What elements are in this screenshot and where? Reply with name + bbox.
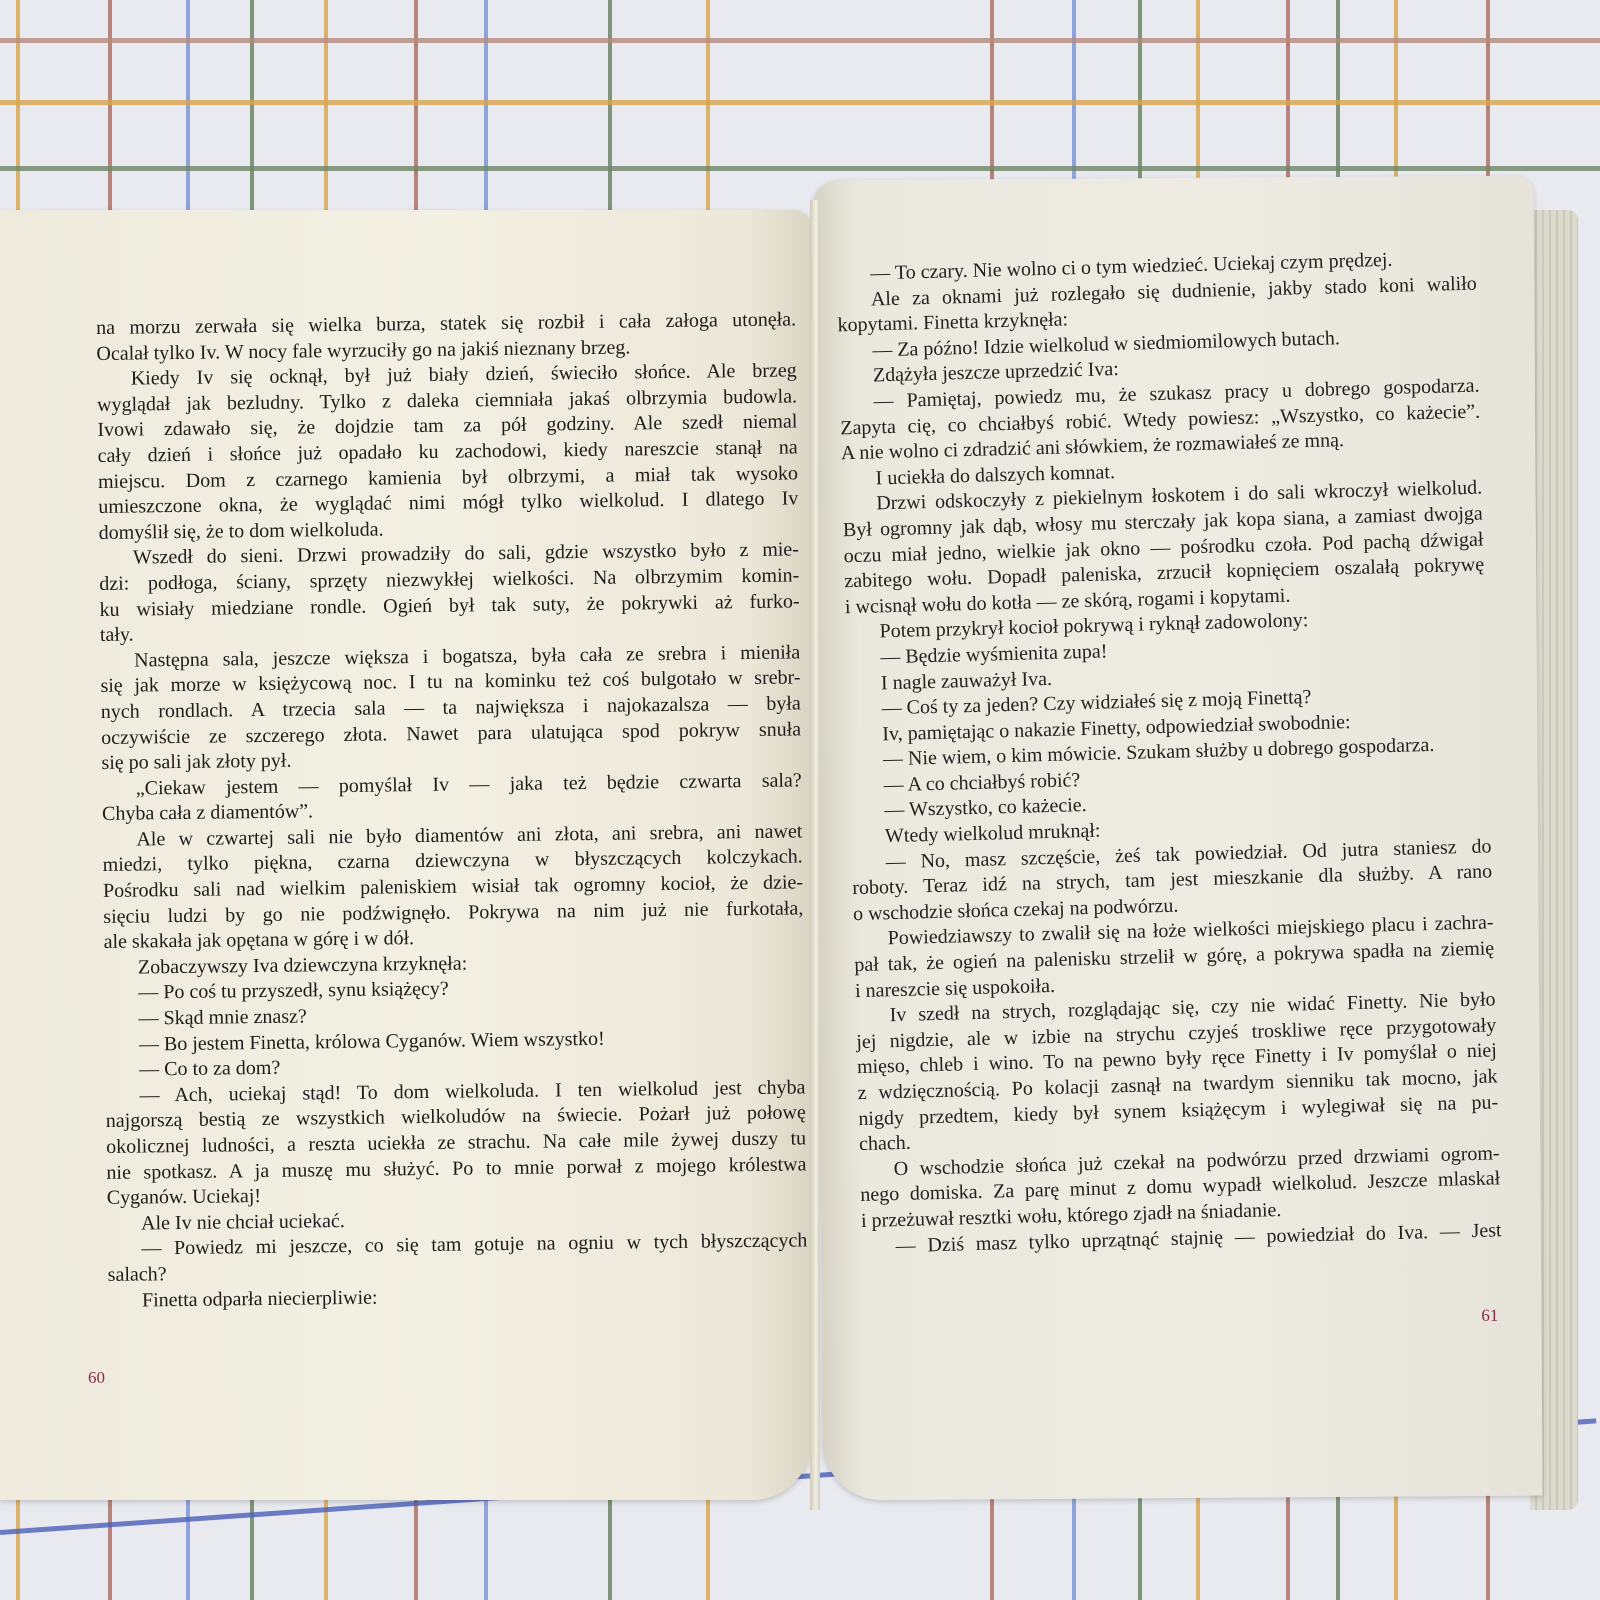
open-book: na morzu zerwała się wielka burza, state… [0, 200, 1600, 1510]
page-number-left: 60 [88, 1368, 105, 1388]
left-page-text: na morzu zerwała się wielka burza, state… [96, 307, 808, 1314]
grid-line [0, 38, 1600, 43]
grid-line [0, 166, 1600, 171]
right-page-text: — To czary. Nie wolno ci o tym wiedzieć.… [836, 246, 1502, 1261]
book-gutter [810, 200, 820, 1510]
page-number-right: 61 [1481, 1306, 1498, 1326]
grid-line [0, 100, 1600, 105]
right-page: — To czary. Nie wolno ci o tym wiedzieć.… [813, 176, 1542, 1501]
left-page: na morzu zerwała się wielka burza, state… [0, 210, 812, 1500]
